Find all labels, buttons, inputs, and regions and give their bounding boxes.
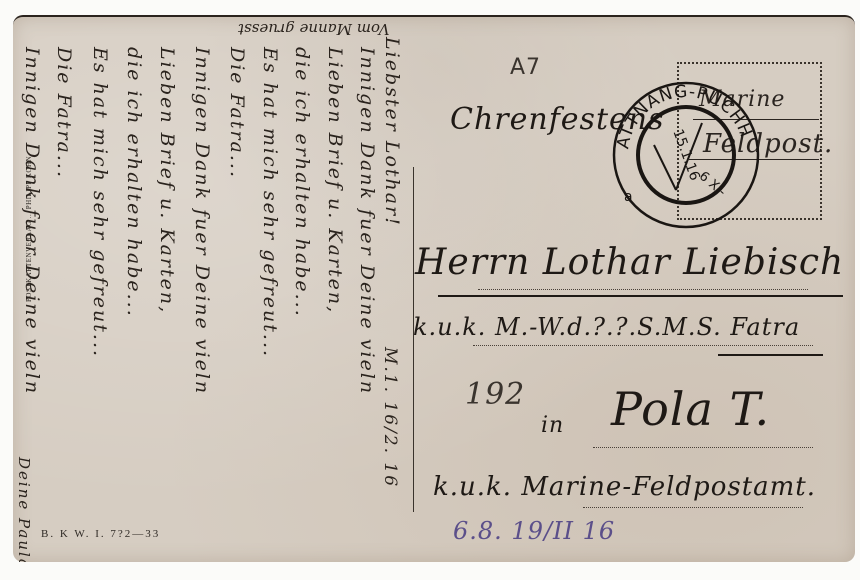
pencil-note: A7: [510, 55, 541, 80]
address-dotted-line: [473, 345, 813, 346]
received-date-note: 6.8. 19/II 16: [453, 517, 615, 545]
recipient-underline: [438, 295, 843, 297]
message-line: Lieben Brief u. Karten,: [156, 47, 178, 314]
recipient-name: Herrn Lothar Liebisch: [415, 242, 844, 283]
message-salutation: Liebster Lothar!: [381, 37, 403, 227]
publisher-imprint: POSTKARTENVERLAG ... PHILIPP KOHN: [25, 156, 33, 302]
recipient-number: 192: [465, 377, 525, 412]
message-header-upside-down: Vom Manne gruesst: [238, 20, 389, 38]
postmark-icon: ATTNANG-PUCHH 15.1.16 6 X - a: [606, 75, 766, 235]
message-signature: Deine Paula: [15, 457, 33, 562]
message-place-date: M.1. 16/2. 16: [380, 347, 400, 488]
message-line: Es hat mich sehr gefreut...: [89, 47, 111, 358]
ship-underline: [718, 354, 823, 356]
recipient-unit: k.u.k. M.-W.d.?.?.S.M.S. Fatra: [413, 313, 800, 341]
message-line: Innigen Dank fuer Deine vieln: [191, 47, 213, 395]
print-code: B. K W. I. 7?2—33: [41, 528, 160, 540]
message-line: Die Fatra...: [226, 47, 248, 179]
message-line: Die Fatra...: [53, 47, 75, 179]
city-prefix: in: [541, 413, 564, 438]
field-post-office: k.u.k. Marine-Feldpostamt.: [433, 472, 816, 502]
message-line: Es hat mich sehr gefreut...: [259, 47, 281, 358]
address-dotted-line: [583, 507, 803, 508]
postmark-letter: a: [624, 189, 633, 205]
message-line: Lieben Brief u. Karten,: [324, 47, 346, 314]
recipient-city: Pola T.: [611, 382, 770, 436]
message-line: Innigen Dank fuer Deine vieln: [356, 47, 378, 395]
message-line: die ich erhalten habe...: [291, 47, 313, 318]
postcard: Liebster Lothar! Innigen Dank fuer Deine…: [13, 15, 855, 562]
message-line: die ich erhalten habe...: [123, 47, 145, 318]
address-dotted-line: [478, 289, 808, 290]
message-area: Liebster Lothar! Innigen Dank fuer Deine…: [13, 17, 413, 562]
address-dotted-line: [593, 447, 813, 448]
